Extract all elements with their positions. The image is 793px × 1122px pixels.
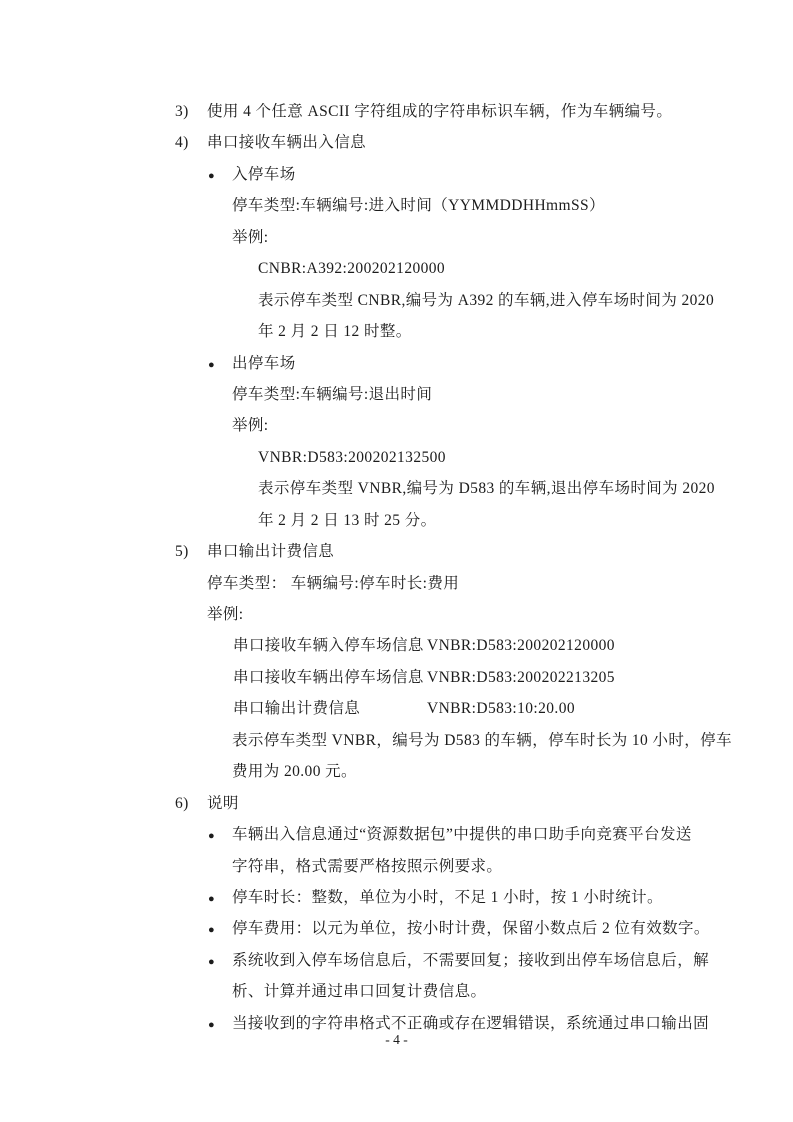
line-text: CNBR:A392:200202120000 bbox=[258, 253, 445, 284]
line-text: 析、计算并通过串口回复计费信息。 bbox=[232, 976, 486, 1007]
document-page: 3)使用 4 个任意 ASCII 字符组成的字符串标识车辆，作为车辆编号。4)串… bbox=[0, 0, 793, 1122]
line-text: 年 2 月 2 日 13 时 25 分。 bbox=[258, 505, 437, 536]
list-number: 4) bbox=[175, 127, 207, 158]
doc-line: 年 2 月 2 日 13 时 25 分。 bbox=[0, 505, 793, 536]
doc-line: 串口接收车辆出停车场信息VNBR:D583:200202213205 bbox=[0, 662, 793, 693]
line-text: 车辆出入信息通过“资源数据包”中提供的串口助手向竞赛平台发送 bbox=[232, 819, 692, 850]
doc-line: 6)说明 bbox=[0, 788, 793, 819]
line-text: 表示停车类型 VNBR,编号为 D583 的车辆,退出停车场时间为 2020 bbox=[258, 473, 715, 504]
line-text: 停车类型： 车辆编号:停车时长:费用 bbox=[207, 568, 459, 599]
line-text: 停车时长：整数，单位为小时，不足 1 小时，按 1 小时统计。 bbox=[232, 882, 663, 913]
line-text: 系统收到入停车场信息后，不需要回复；接收到出停车场信息后，解 bbox=[232, 945, 709, 976]
line-text: 举例: bbox=[232, 222, 269, 253]
pair-label: 串口接收车辆入停车场信息 bbox=[233, 630, 427, 661]
doc-line: 费用为 20.00 元。 bbox=[0, 756, 793, 787]
doc-line: 析、计算并通过串口回复计费信息。 bbox=[0, 976, 793, 1007]
line-text: 停车类型:车辆编号:进入时间（YYMMDDHHmmSS） bbox=[232, 190, 605, 221]
doc-line: 5)串口输出计费信息 bbox=[0, 536, 793, 567]
line-text: 费用为 20.00 元。 bbox=[232, 756, 357, 787]
line-text: 表示停车类型 VNBR，编号为 D583 的车辆，停车时长为 10 小时，停车 bbox=[232, 725, 732, 756]
line-text: 串口输出计费信息 bbox=[207, 536, 334, 567]
bullet-icon: ● bbox=[208, 915, 232, 946]
doc-line: 举例: bbox=[0, 222, 793, 253]
bullet-icon: ● bbox=[208, 350, 232, 381]
list-number: 6) bbox=[175, 788, 207, 819]
doc-line: 停车类型:车辆编号:进入时间（YYMMDDHHmmSS） bbox=[0, 190, 793, 221]
bullet-icon: ● bbox=[208, 947, 232, 978]
pair-value: VNBR:D583:10:20.00 bbox=[427, 693, 575, 724]
line-text: 出停车场 bbox=[232, 348, 296, 379]
doc-line: 停车类型： 车辆编号:停车时长:费用 bbox=[0, 568, 793, 599]
doc-line: 表示停车类型 VNBR，编号为 D583 的车辆，停车时长为 10 小时，停车 bbox=[0, 725, 793, 756]
doc-line: 串口接收车辆入停车场信息VNBR:D583:200202120000 bbox=[0, 630, 793, 661]
bullet-icon: ● bbox=[208, 884, 232, 915]
bullet-icon: ● bbox=[208, 821, 232, 852]
doc-line: CNBR:A392:200202120000 bbox=[0, 253, 793, 284]
bullet-icon: ● bbox=[208, 161, 232, 192]
doc-line: ●系统收到入停车场信息后，不需要回复；接收到出停车场信息后，解 bbox=[0, 945, 793, 976]
page-number: - 4 - bbox=[0, 1030, 793, 1050]
doc-line: VNBR:D583:200202132500 bbox=[0, 442, 793, 473]
line-text: 说明 bbox=[207, 788, 239, 819]
line-text: 表示停车类型 CNBR,编号为 A392 的车辆,进入停车场时间为 2020 bbox=[258, 285, 714, 316]
doc-line: 举例: bbox=[0, 410, 793, 441]
doc-line: 表示停车类型 VNBR,编号为 D583 的车辆,退出停车场时间为 2020 bbox=[0, 473, 793, 504]
list-number: 3) bbox=[175, 96, 207, 127]
line-text: 停车类型:车辆编号:退出时间 bbox=[232, 379, 432, 410]
pair-label: 串口输出计费信息 bbox=[233, 693, 427, 724]
doc-line: 串口输出计费信息VNBR:D583:10:20.00 bbox=[0, 693, 793, 724]
line-text: VNBR:D583:200202132500 bbox=[258, 442, 446, 473]
doc-line: 字符串，格式需要严格按照示例要求。 bbox=[0, 851, 793, 882]
doc-line: 4)串口接收车辆出入信息 bbox=[0, 127, 793, 158]
doc-line: ●停车时长：整数，单位为小时，不足 1 小时，按 1 小时统计。 bbox=[0, 882, 793, 913]
doc-line: ●车辆出入信息通过“资源数据包”中提供的串口助手向竞赛平台发送 bbox=[0, 819, 793, 850]
line-text: 串口接收车辆出入信息 bbox=[207, 127, 366, 158]
pair-value: VNBR:D583:200202120000 bbox=[427, 630, 615, 661]
list-number: 5) bbox=[175, 536, 207, 567]
line-text: 举例: bbox=[207, 599, 244, 630]
doc-line: 举例: bbox=[0, 599, 793, 630]
document-body: 3)使用 4 个任意 ASCII 字符组成的字符串标识车辆，作为车辆编号。4)串… bbox=[0, 96, 793, 1039]
line-text: 字符串，格式需要严格按照示例要求。 bbox=[232, 851, 502, 882]
line-text: 入停车场 bbox=[232, 159, 296, 190]
line-text: 举例: bbox=[232, 410, 269, 441]
doc-line: ●停车费用：以元为单位，按小时计费，保留小数点后 2 位有效数字。 bbox=[0, 913, 793, 944]
line-text: 使用 4 个任意 ASCII 字符组成的字符串标识车辆，作为车辆编号。 bbox=[207, 96, 672, 127]
pair-value: VNBR:D583:200202213205 bbox=[427, 662, 615, 693]
line-text: 停车费用：以元为单位，按小时计费，保留小数点后 2 位有效数字。 bbox=[232, 913, 710, 944]
doc-line: 年 2 月 2 日 12 时整。 bbox=[0, 316, 793, 347]
doc-line: ●入停车场 bbox=[0, 159, 793, 190]
line-text: 年 2 月 2 日 12 时整。 bbox=[258, 316, 412, 347]
doc-line: ●出停车场 bbox=[0, 348, 793, 379]
doc-line: 3)使用 4 个任意 ASCII 字符组成的字符串标识车辆，作为车辆编号。 bbox=[0, 96, 793, 127]
doc-line: 表示停车类型 CNBR,编号为 A392 的车辆,进入停车场时间为 2020 bbox=[0, 285, 793, 316]
doc-line: 停车类型:车辆编号:退出时间 bbox=[0, 379, 793, 410]
pair-label: 串口接收车辆出停车场信息 bbox=[233, 662, 427, 693]
